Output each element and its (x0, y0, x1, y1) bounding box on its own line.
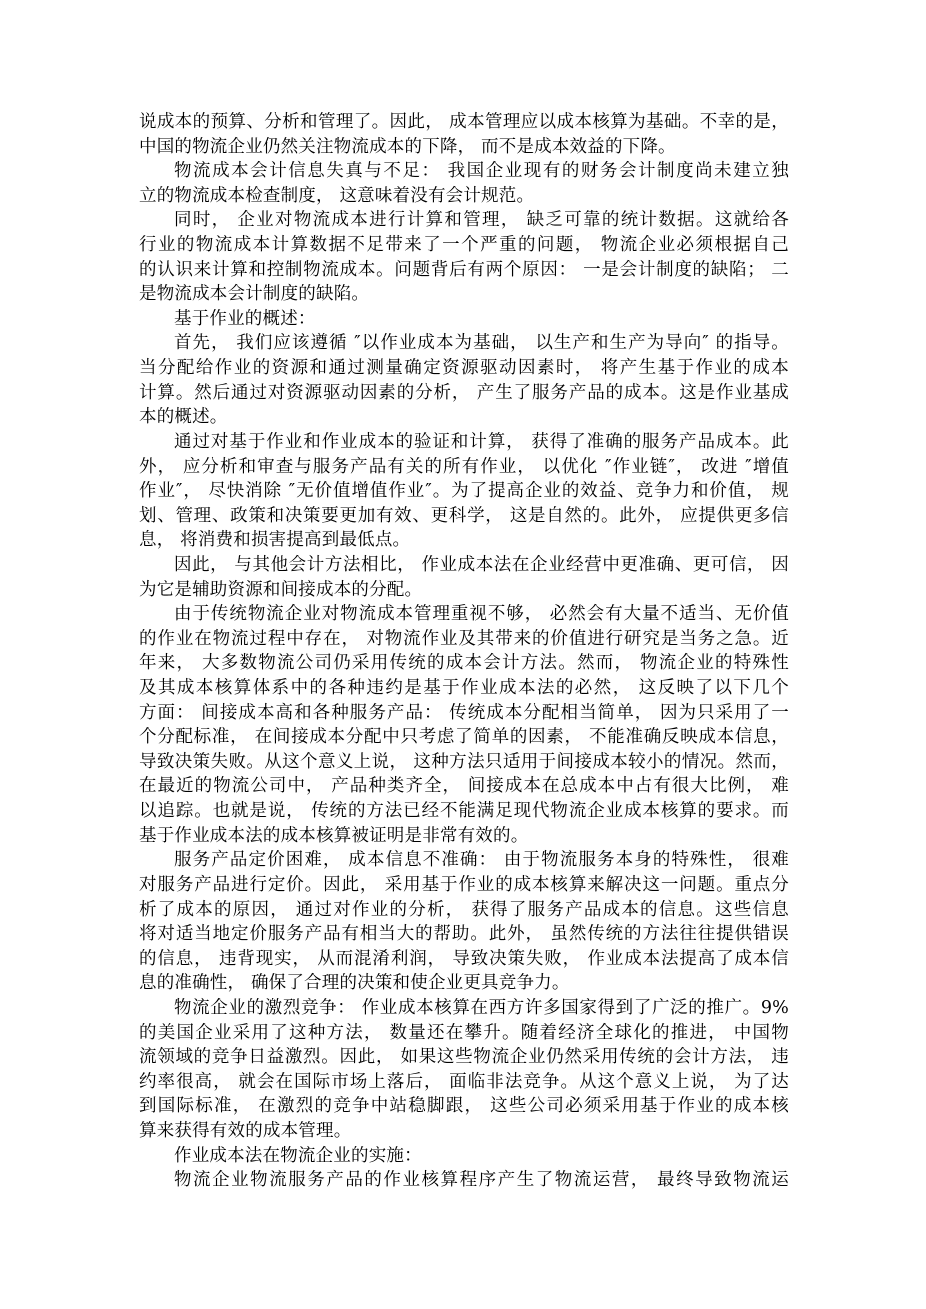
text-line: 的信息， 违背现实， 从而混淆利润， 导致决策失败， 作业成本法提高了成本信 (139, 947, 789, 972)
text-line: 因此， 与其他会计方法相比， 作业成本法在企业经营中更准确、更可信， 因 (139, 553, 789, 578)
text-line: 作业成本法在物流企业的实施： (139, 1144, 789, 1169)
text-line: 计算。然后通过对资源驱动因素的分析， 产生了服务产品的成本。这是作业基成 (139, 381, 789, 406)
text-line: 年来， 大多数物流公司仍采用传统的成本会计方法。然而， 物流企业的特殊性 (139, 651, 789, 676)
text-line: 个分配标准， 在间接成本分配中只考虑了简单的因素， 不能准确反映成本信息， (139, 725, 789, 750)
text-line: 中国的物流企业仍然关注物流成本的下降， 而不是成本效益的下降。 (139, 135, 789, 160)
text-line: 的美国企业采用了这种方法， 数量还在攀升。随着经济全球化的推进， 中国物 (139, 1021, 789, 1046)
text-line: 以追踪。也就是说， 传统的方法已经不能满足现代物流企业成本核算的要求。而 (139, 799, 789, 824)
text-line: 物流企业物流服务产品的作业核算程序产生了物流运营， 最终导致物流运 (139, 1168, 789, 1193)
text-line: 立的物流成本检查制度， 这意味着没有会计规范。 (139, 184, 789, 209)
text-line: 算来获得有效的成本管理。 (139, 1119, 789, 1144)
text-line: 流领域的竞争日益激烈。因此， 如果这些物流企业仍然采用传统的会计方法， 违 (139, 1045, 789, 1070)
text-line: 基于作业成本法的成本核算被证明是非常有效的。 (139, 824, 789, 849)
text-line: 通过对基于作业和作业成本的验证和计算， 获得了准确的服务产品成本。此 (139, 430, 789, 455)
text-line: 约率很高， 就会在国际市场上落后， 面临非法竞争。从这个意义上说， 为了达 (139, 1070, 789, 1095)
text-line: 息的准确性， 确保了合理的决策和使企业更具竞争力。 (139, 971, 789, 996)
text-line: 行业的物流成本计算数据不足带来了一个严重的问题， 物流企业必须根据自己 (139, 233, 789, 258)
text-line: 到国际标准， 在激烈的竞争中站稳脚跟， 这些公司必须采用基于作业的成本核 (139, 1094, 789, 1119)
text-line: 服务产品定价困难， 成本信息不准确： 由于物流服务本身的特殊性， 很难 (139, 848, 789, 873)
text-line: 基于作业的概述： (139, 307, 789, 332)
text-line: 划、管理、政策和决策要更加有效、更科学， 这是自然的。此外， 应提供更多信 (139, 504, 789, 529)
text-line: 当分配给作业的资源和通过测量确定资源驱动因素时， 将产生基于作业的成本 (139, 356, 789, 381)
text-line: 由于传统物流企业对物流成本管理重视不够， 必然会有大量不适当、无价值 (139, 602, 789, 627)
text-line: 本的概述。 (139, 405, 789, 430)
text-line: 息， 将消费和损害提高到最低点。 (139, 528, 789, 553)
text-line: 外， 应分析和审查与服务产品有关的所有作业， 以优化 ″作业链″， 改进 ″增值 (139, 455, 789, 480)
text-line: 说成本的预算、分析和管理了。因此， 成本管理应以成本核算为基础。不幸的是， (139, 110, 789, 135)
text-line: 析了成本的原因， 通过对作业的分析， 获得了服务产品成本的信息。这些信息 (139, 898, 789, 923)
text-line: 对服务产品进行定价。因此， 采用基于作业的成本核算来解决这一问题。重点分 (139, 873, 789, 898)
document-page: 说成本的预算、分析和管理了。因此， 成本管理应以成本核算为基础。不幸的是，中国的… (0, 0, 926, 1309)
text-line: 是物流成本会计制度的缺陷。 (139, 282, 789, 307)
document-body: 说成本的预算、分析和管理了。因此， 成本管理应以成本核算为基础。不幸的是，中国的… (139, 110, 789, 1193)
text-line: 物流成本会计信息失真与不足： 我国企业现有的财务会计制度尚未建立独 (139, 159, 789, 184)
text-line: 方面： 间接成本高和各种服务产品： 传统成本分配相当简单， 因为只采用了一 (139, 701, 789, 726)
text-line: 作业″， 尽快消除 ″无价值增值作业″。为了提高企业的效益、竞争力和价值， 规 (139, 479, 789, 504)
text-line: 及其成本核算体系中的各种违约是基于作业成本法的必然， 这反映了以下几个 (139, 676, 789, 701)
text-line: 将对适当地定价服务产品有相当大的帮助。此外， 虽然传统的方法往往提供错误 (139, 922, 789, 947)
text-line: 的认识来计算和控制物流成本。问题背后有两个原因： 一是会计制度的缺陷； 二 (139, 258, 789, 283)
text-line: 物流企业的激烈竞争： 作业成本核算在西方许多国家得到了广泛的推广。9% (139, 996, 789, 1021)
text-line: 的作业在物流过程中存在， 对物流作业及其带来的价值进行研究是当务之急。近 (139, 627, 789, 652)
text-line: 为它是辅助资源和间接成本的分配。 (139, 578, 789, 603)
text-line: 在最近的物流公司中， 产品种类齐全， 间接成本在总成本中占有很大比例， 难 (139, 774, 789, 799)
text-line: 首先， 我们应该遵循 ″以作业成本为基础， 以生产和生产为导向″ 的指导。 (139, 331, 789, 356)
text-line: 导致决策失败。从这个意义上说， 这种方法只适用于间接成本较小的情况。然而， (139, 750, 789, 775)
text-line: 同时， 企业对物流成本进行计算和管理， 缺乏可靠的统计数据。这就给各 (139, 208, 789, 233)
